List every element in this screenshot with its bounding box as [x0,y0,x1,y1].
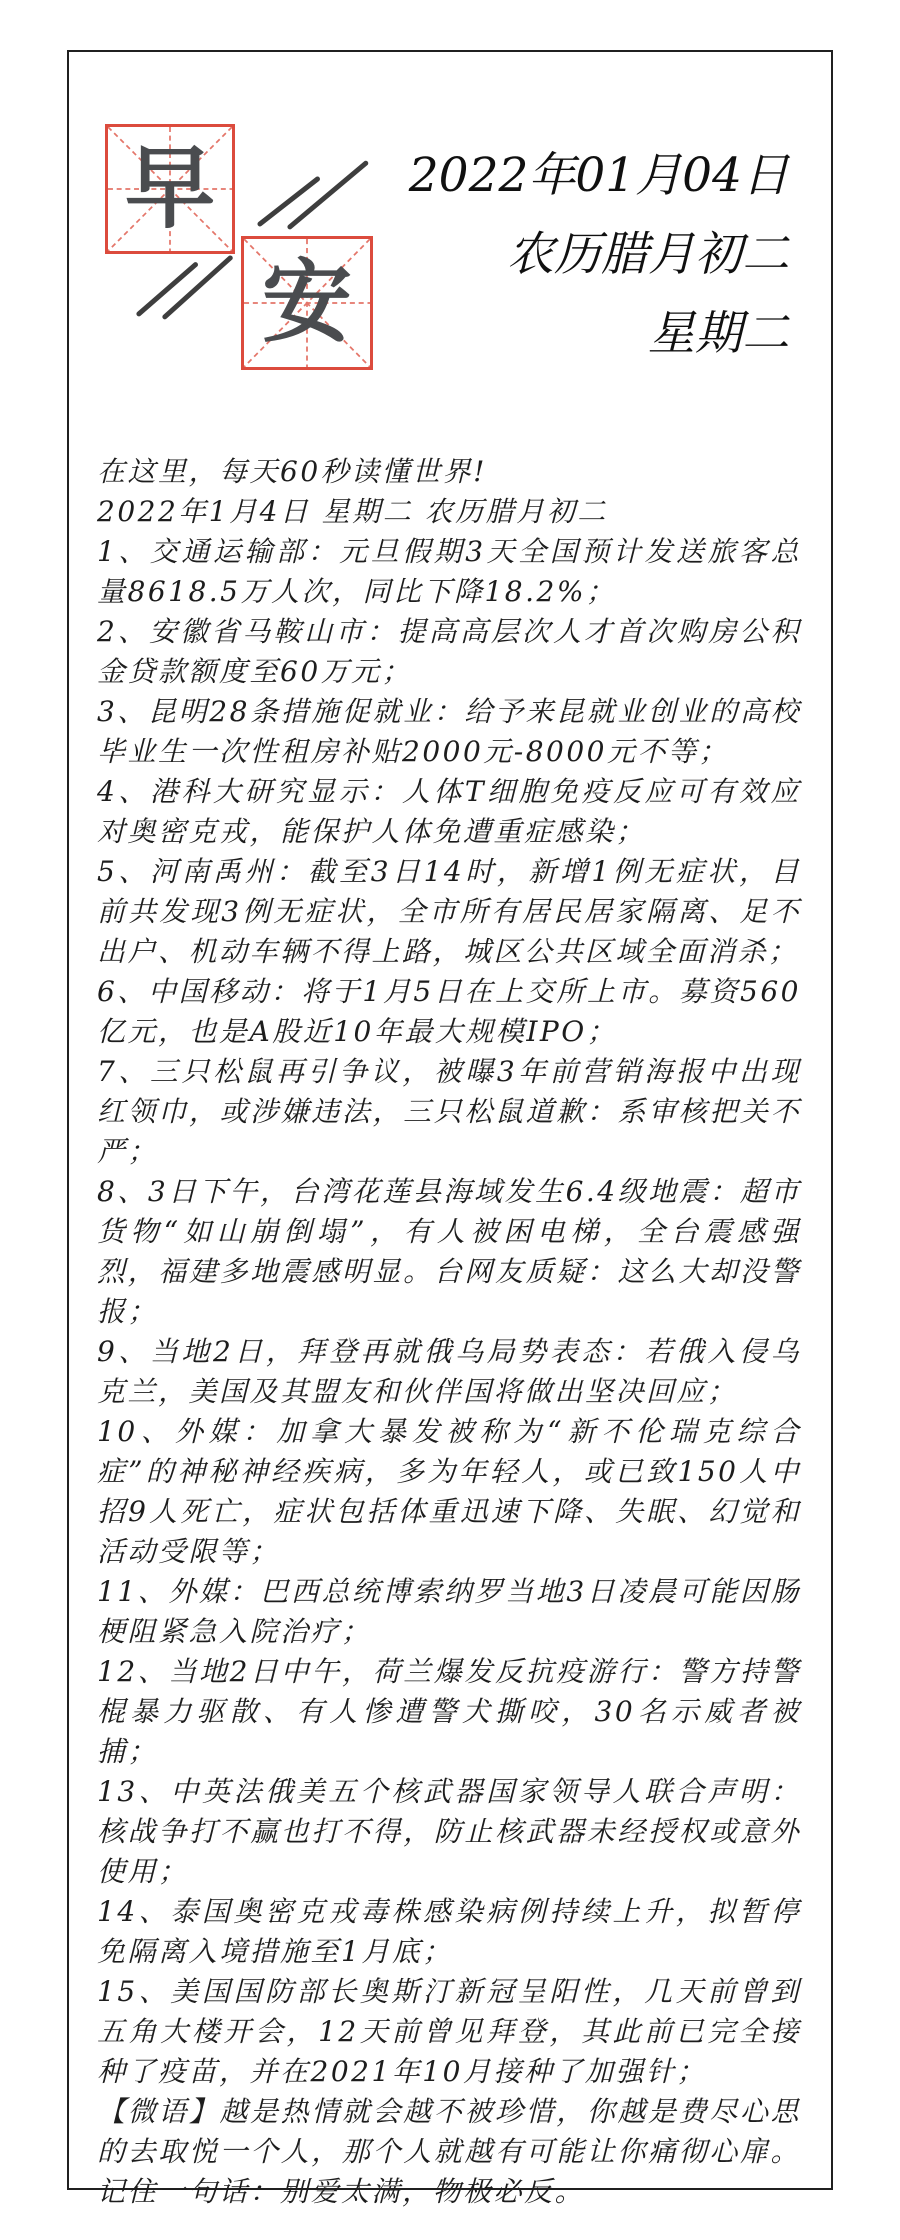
body-date-line: 2022年1月4日 星期二 农历腊月初二 [97,492,801,532]
news-item: 9、当地2日，拜登再就俄乌局势表态：若俄入侵乌克兰，美国及其盟友和伙伴国将做出坚… [97,1332,801,1412]
slash-decoration-icon [135,261,199,317]
news-item: 3、昆明28条措施促就业：给予来昆就业创业的高校毕业生一次性租房补贴2000元-… [97,692,801,772]
logo-char-zao: 早 [108,127,232,251]
news-item: 7、三只松鼠再引争议，被曝3年前营销海报中出现红领巾，或涉嫌违法，三只松鼠道歉：… [97,1052,801,1172]
news-item: 15、美国国防部长奥斯汀新冠呈阳性，几天前曾到五角大楼开会，12天前曾见拜登，其… [97,1972,801,2092]
news-item: 4、港科大研究显示：人体T细胞免疫反应可有效应对奥密克戎，能保护人体免遭重症感染… [97,772,801,852]
news-item: 14、泰国奥密克戎毒株感染病例持续上升，拟暂停免隔离入境措施至1月底； [97,1892,801,1972]
date-gregorian: 2022年01月04日 [409,136,789,215]
news-content: 在这里，每天60秒读懂世界! 2022年1月4日 星期二 农历腊月初二 1、交通… [97,452,801,2212]
intro-line: 在这里，每天60秒读懂世界! [97,452,801,492]
date-lunar: 农历腊月初二 [409,215,789,294]
news-card: 早 安 2022年01月04日 农历腊月初二 星期二 在这里，每天60秒读懂世界… [67,50,833,2190]
news-item: 6、中国移动：将于1月5日在上交所上市。募资560亿元，也是A股近10年最大规模… [97,972,801,1052]
news-item: 13、中英法俄美五个核武器国家领导人联合声明：核战争打不赢也打不得，防止核武器未… [97,1772,801,1892]
news-item: 5、河南禹州：截至3日14时，新增1例无症状，目前共发现3例无症状，全市所有居民… [97,852,801,972]
news-item: 2、安徽省马鞍山市：提高高层次人才首次购房公积金贷款额度至60万元； [97,612,801,692]
weiyu-footer-line: 【微语】越是热情就会越不被珍惜，你越是费尽心思的去取悦一个人，那个人就越有可能让… [97,2092,801,2212]
news-item: 12、当地2日中午，荷兰爆发反抗疫游行：警方持警棍暴力驱散、有人惨遭警犬撕咬，3… [97,1652,801,1772]
logo-char-an: 安 [244,239,370,367]
news-item: 10、外媒：加拿大暴发被称为“新不伦瑞克综合症”的神秘神经疾病，多为年轻人，或已… [97,1412,801,1572]
slash-decoration-icon [256,176,321,228]
date-block: 2022年01月04日 农历腊月初二 星期二 [409,136,789,373]
news-item: 1、交通运输部：元旦假期3天全国预计发送旅客总量8618.5万人次，同比下降18… [97,532,801,612]
logo-box-zao: 早 [105,124,235,254]
logo-box-an: 安 [241,236,373,370]
news-item: 8、3日下午，台湾花莲县海域发生6.4级地震：超市货物“如山崩倒塌”，有人被困电… [97,1172,801,1332]
news-item: 11、外媒：巴西总统博索纳罗当地3日凌晨可能因肠梗阻紧急入院治疗； [97,1572,801,1652]
date-weekday: 星期二 [409,294,789,373]
